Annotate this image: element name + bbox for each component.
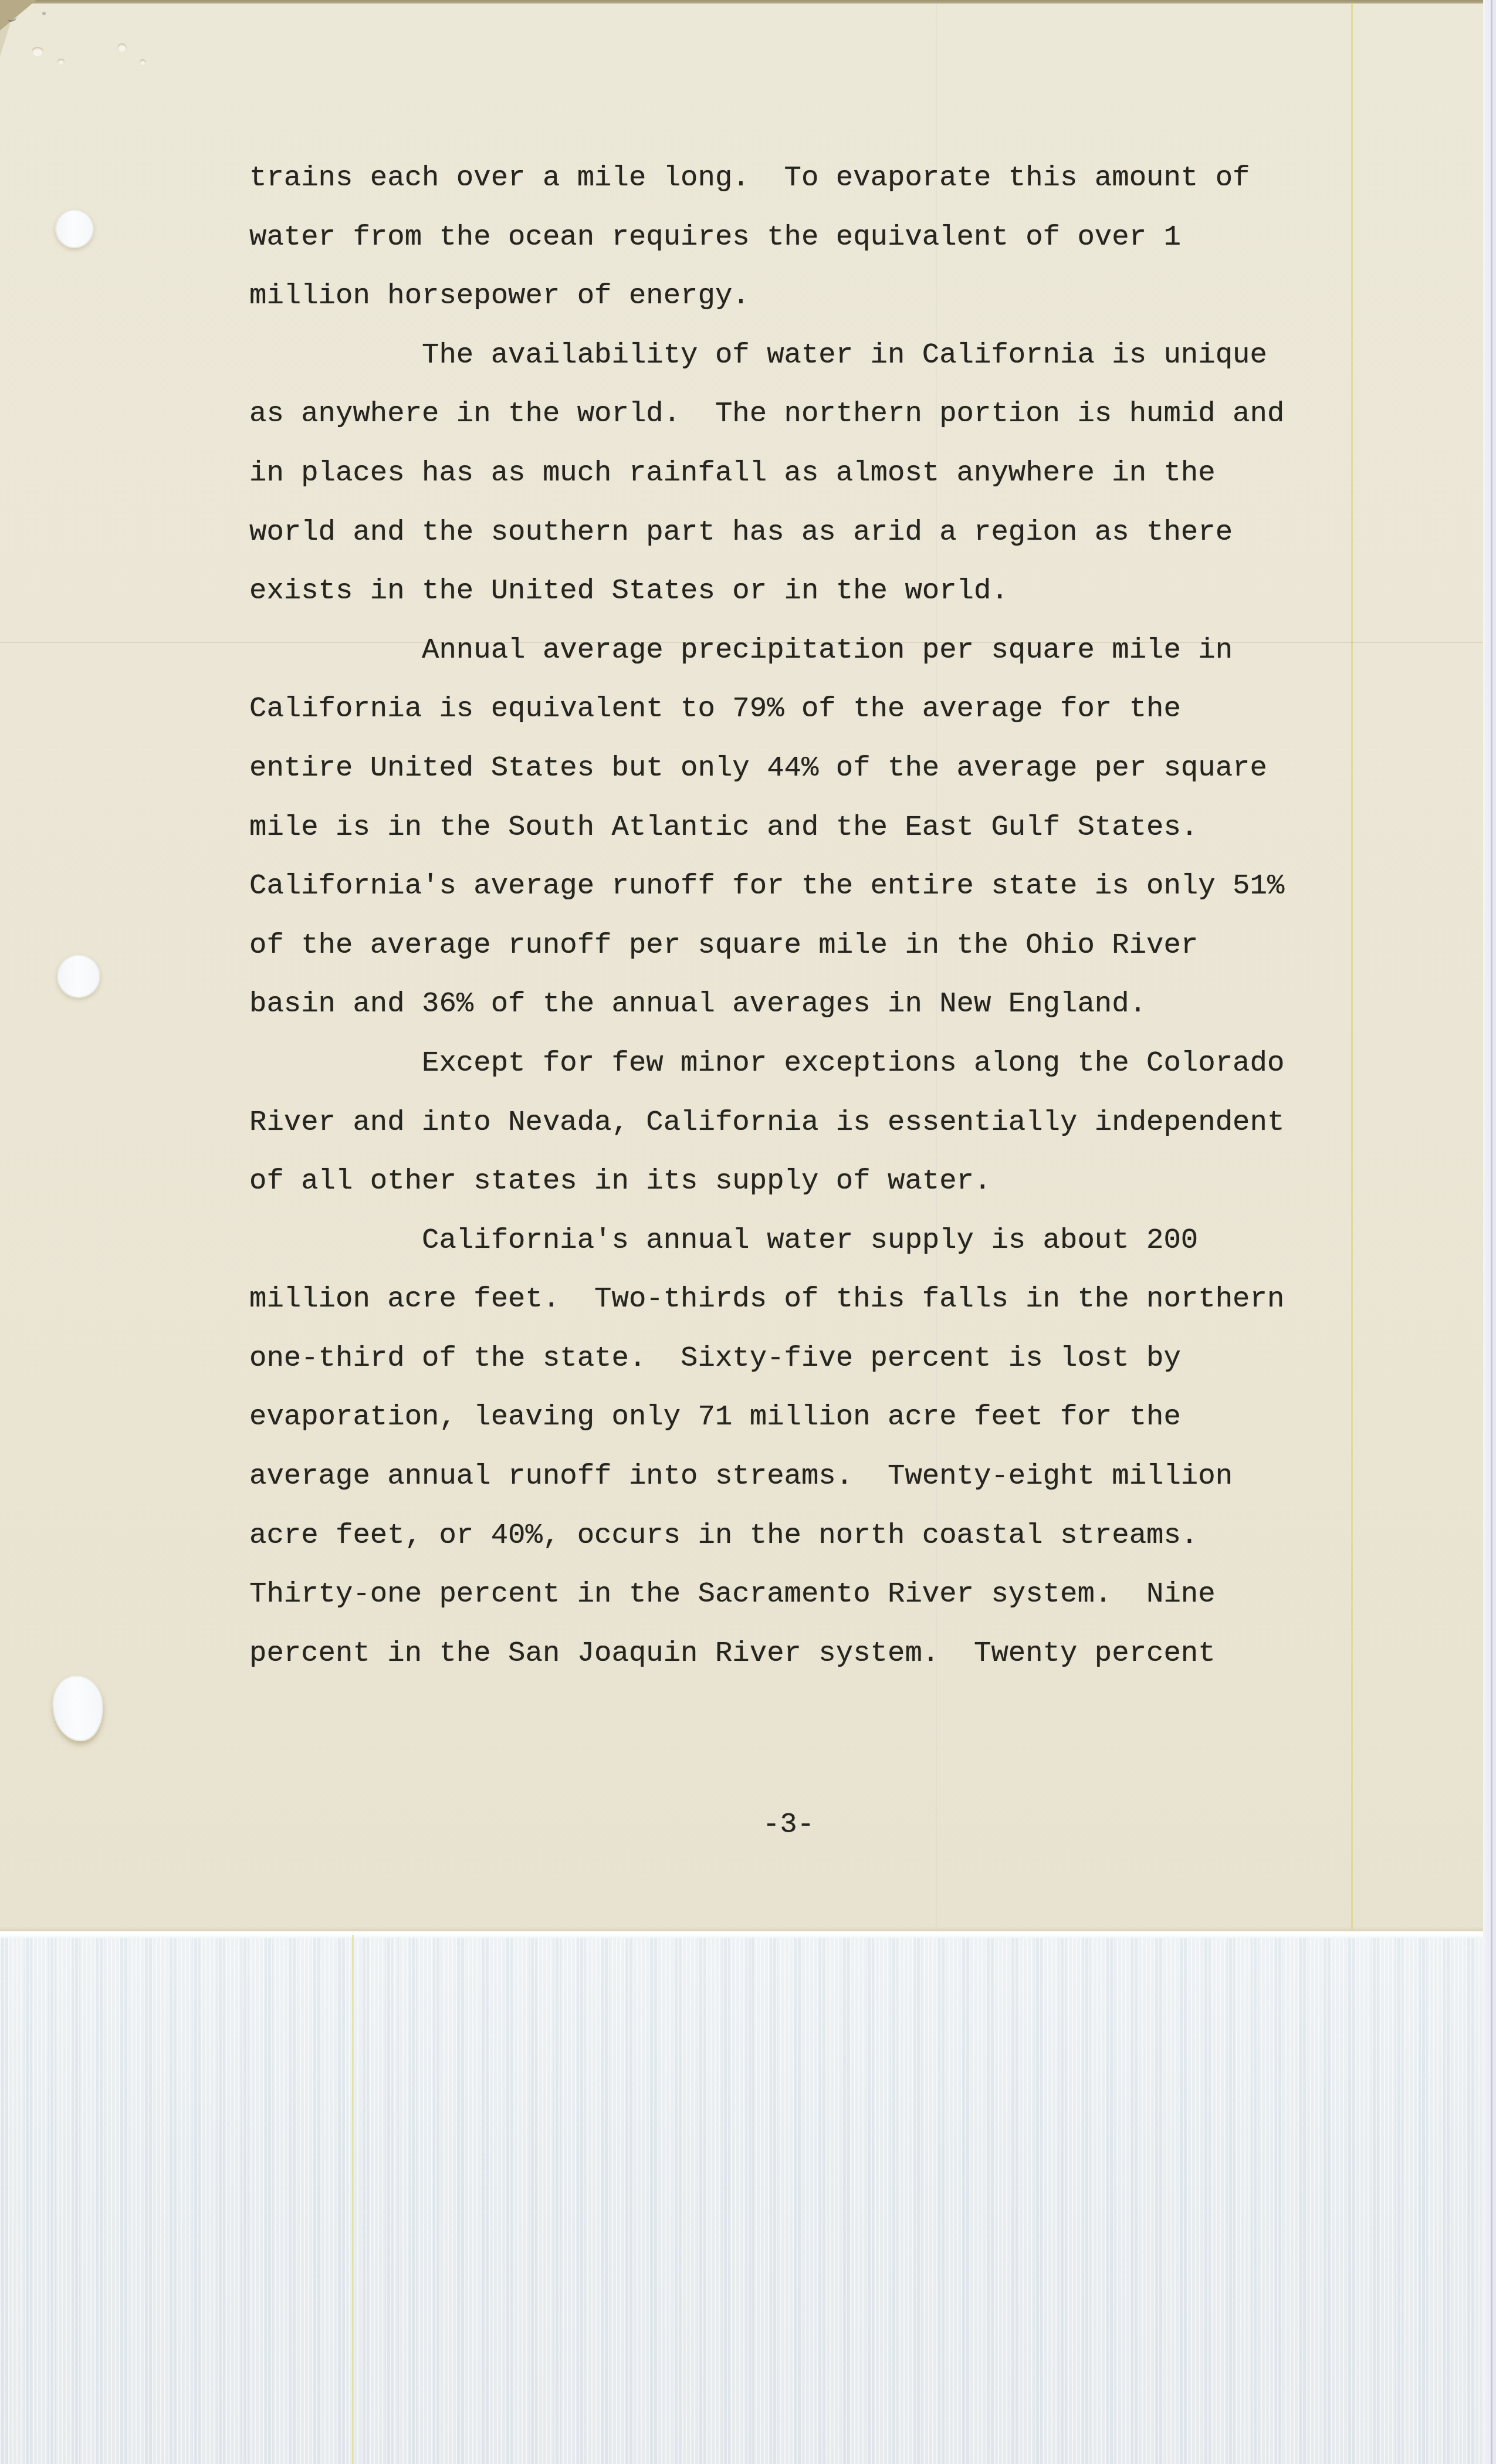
punch-hole-top — [55, 209, 94, 248]
text-line: one-third of the state. Sixty-five perce… — [249, 1329, 1364, 1388]
staple-impression — [57, 59, 65, 65]
punch-hole-bottom — [50, 1674, 106, 1743]
staple-impression — [140, 59, 146, 65]
text-line: of the average runoff per square mile in… — [249, 916, 1364, 975]
text-line: in places has as much rainfall as almost… — [249, 444, 1364, 503]
scan-right-edge-strip — [1483, 0, 1496, 2464]
paper-bottom-edge-shadow — [0, 1927, 1483, 1931]
text-line: trains each over a mile long. To evapora… — [249, 148, 1364, 208]
scan-artifact-gray-line — [752, 1937, 753, 2464]
text-line: of all other states in its supply of wat… — [249, 1152, 1364, 1211]
text-line: Except for few minor exceptions along th… — [249, 1034, 1364, 1093]
text-line: exists in the United States or in the wo… — [249, 561, 1364, 621]
text-line: average annual runoff into streams. Twen… — [249, 1447, 1364, 1506]
text-line: entire United States but only 44% of the… — [249, 739, 1364, 798]
paper-top-edge — [0, 0, 1483, 4]
text-line: million horsepower of energy. — [249, 266, 1364, 326]
text-line: water from the ocean requires the equiva… — [249, 208, 1364, 267]
staple-impression — [117, 43, 127, 52]
text-line: California's average runoff for the enti… — [249, 857, 1364, 916]
paper-sheet: trains each over a mile long. To evapora… — [0, 0, 1483, 1931]
text-line: The availability of water in California … — [249, 326, 1364, 385]
pencil-mark — [42, 12, 46, 15]
scan-artifact-yellow-line-bottom — [352, 1935, 354, 2464]
text-line: percent in the San Joaquin River system.… — [249, 1624, 1364, 1683]
punch-hole-middle — [57, 955, 100, 998]
scan-artifact-gray-line — [398, 1937, 399, 2464]
scan-right-edge-line — [1491, 0, 1492, 2464]
staple-impression — [32, 47, 43, 56]
page-number: -3- — [249, 1795, 1328, 1854]
text-line: California's annual water supply is abou… — [249, 1211, 1364, 1270]
scanned-document: trains each over a mile long. To evapora… — [0, 0, 1496, 2464]
text-line: basin and 36% of the annual averages in … — [249, 974, 1364, 1034]
typewritten-text-block: trains each over a mile long. To evapora… — [249, 148, 1364, 1683]
corner-fold — [0, 0, 36, 31]
text-line: as anywhere in the world. The northern p… — [249, 384, 1364, 444]
scanner-bed-background — [0, 1937, 1496, 2464]
paper-bottom-edge-glow — [0, 1930, 1496, 1938]
text-line: Annual average precipitation per square … — [249, 621, 1364, 680]
text-line: River and into Nevada, California is ess… — [249, 1093, 1364, 1152]
text-line: evaporation, leaving only 71 million acr… — [249, 1387, 1364, 1447]
text-line: million acre feet. Two-thirds of this fa… — [249, 1270, 1364, 1329]
text-line: mile is in the South Atlantic and the Ea… — [249, 798, 1364, 857]
text-line: world and the southern part has as arid … — [249, 503, 1364, 562]
text-line: Thirty-one percent in the Sacramento Riv… — [249, 1565, 1364, 1624]
text-line: California is equivalent to 79% of the a… — [249, 679, 1364, 739]
text-line: acre feet, or 40%, occurs in the north c… — [249, 1506, 1364, 1565]
